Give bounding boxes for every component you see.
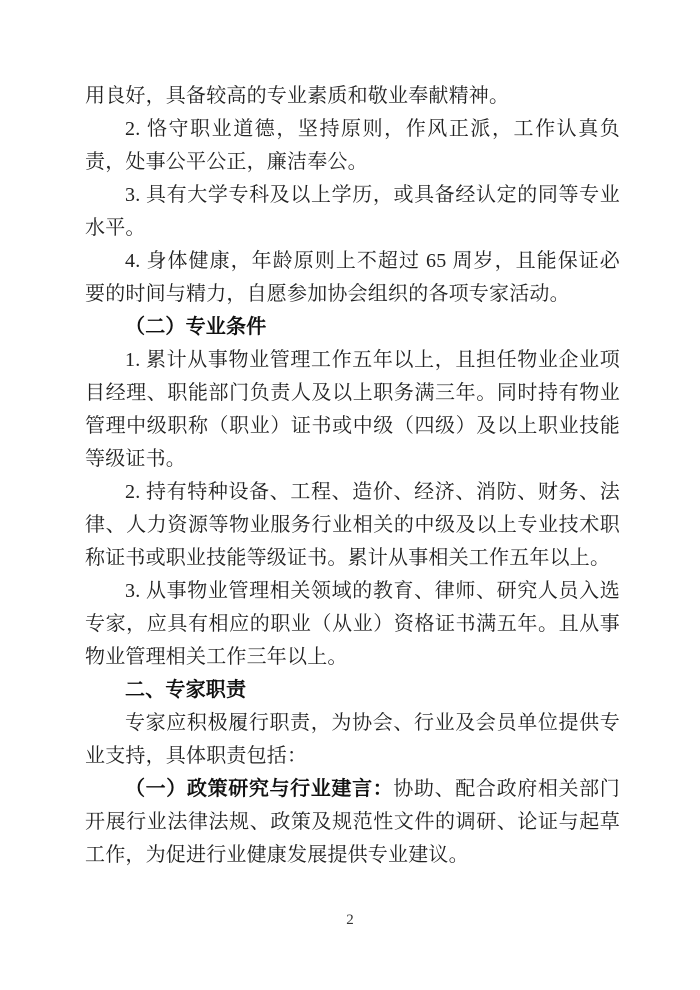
list-item-professional-3: 3. 从事物业管理相关领域的教育、律师、研究人员入选专家，应具有相应的职业（从业… (85, 575, 620, 674)
document-page: 用良好，具备较高的专业素质和敬业奉献精神。 2. 恪守职业道德，坚持原则，作风正… (0, 0, 700, 990)
paragraph-duty-1: （一）政策研究与行业建言：协助、配合政府相关部门开展行业法律法规、政策及规范性文… (85, 773, 620, 872)
page-number: 2 (0, 910, 700, 930)
paragraph-continuation: 用良好，具备较高的专业素质和敬业奉献精神。 (85, 80, 620, 113)
section-heading-expert-duties: 二、专家职责 (85, 674, 620, 707)
list-item-basic-4: 4. 身体健康，年龄原则上不超过 65 周岁，且能保证必要的时间与精力，自愿参加… (85, 245, 620, 311)
list-item-professional-2: 2. 持有特种设备、工程、造价、经济、消防、财务、法律、人力资源等物业服务行业相… (85, 476, 620, 575)
document-body: 用良好，具备较高的专业素质和敬业奉献精神。 2. 恪守职业道德，坚持原则，作风正… (85, 80, 620, 872)
list-item-professional-1: 1. 累计从事物业管理工作五年以上，且担任物业企业项目经理、职能部门负责人及以上… (85, 344, 620, 476)
duty-1-lead-label: （一）政策研究与行业建言： (125, 778, 393, 800)
section-heading-professional-conditions: （二）专业条件 (85, 311, 620, 344)
list-item-basic-2: 2. 恪守职业道德，坚持原则，作风正派，工作认真负责，处事公平公正，廉洁奉公。 (85, 113, 620, 179)
list-item-basic-3: 3. 具有大学专科及以上学历，或具备经认定的同等专业水平。 (85, 179, 620, 245)
paragraph-duties-intro: 专家应积极履行职责，为协会、行业及会员单位提供专业支持，具体职责包括： (85, 707, 620, 773)
